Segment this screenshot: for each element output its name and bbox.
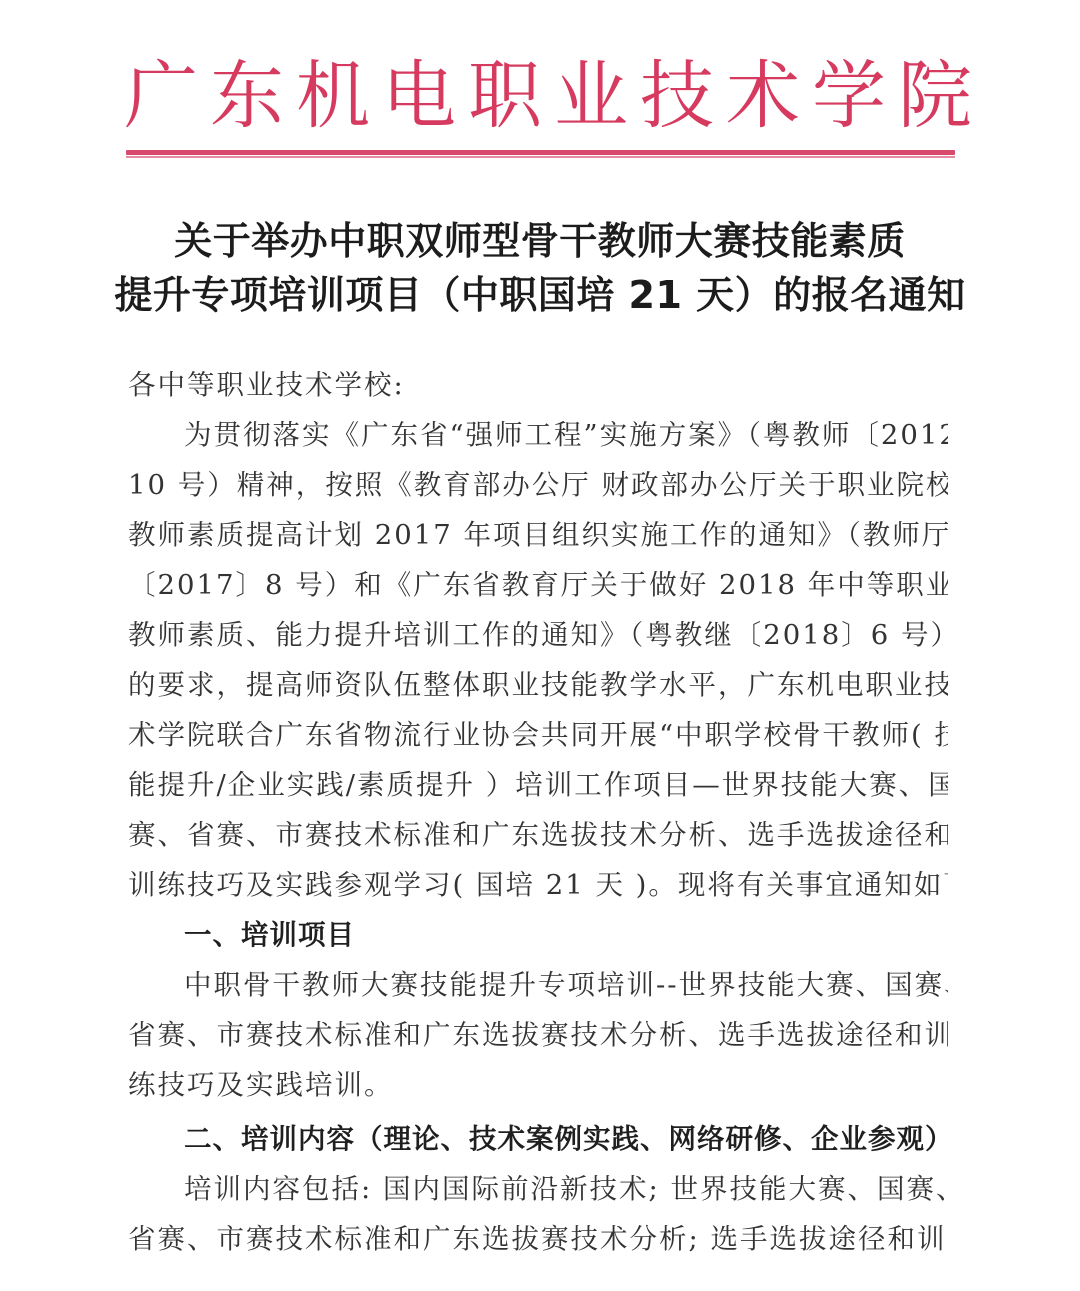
section-paragraph-line: 省赛、市赛技术标准和广东选拔赛技术分析、选手选拔途径和训: [128, 1010, 948, 1060]
letterhead-institution-name: 广东机电职业技术学院: [124, 52, 954, 140]
intro-paragraph-line: 训练技巧及实践参观学习( 国培 21 天 )。现将有关事宜通知如下:: [128, 860, 948, 910]
intro-paragraph-line: 教师素质提高计划 2017 年项目组织实施工作的通知》（教师厅: [128, 510, 948, 560]
intro-paragraph-line: 教师素质、能力提升培训工作的通知》（粤教继〔2018〕6 号）: [128, 610, 948, 660]
intro-paragraph-line: 的要求，提高师资队伍整体职业技能教学水平，广东机电职业技: [128, 660, 948, 710]
section-paragraph-line: 练技巧及实践培训。: [128, 1060, 948, 1110]
section-paragraph-line: 中职骨干教师大赛技能提升专项培训--世界技能大赛、国赛、: [128, 960, 948, 1010]
document-title-line-1: 关于举办中职双师型骨干教师大赛技能素质: [100, 214, 980, 268]
section-paragraph-line: 培训内容包括: 国内国际前沿新技术; 世界技能大赛、国赛、: [128, 1164, 948, 1214]
document-title-line-2: 提升专项培训项目（中职国培 21 天）的报名通知: [100, 268, 980, 322]
section-heading-training-project: 一、培训项目: [128, 910, 948, 960]
intro-paragraph-line: 〔2017〕8 号）和《广东省教育厅关于做好 2018 年中等职业学校: [128, 560, 948, 610]
intro-paragraph-line: 术学院联合广东省物流行业协会共同开展“中职学校骨干教师( 技: [128, 710, 948, 760]
intro-paragraph-line: 赛、省赛、市赛技术标准和广东选拔技术分析、选手选拔途径和: [128, 810, 948, 860]
document-title: 关于举办中职双师型骨干教师大赛技能素质 提升专项培训项目（中职国培 21 天）的…: [100, 214, 980, 322]
intro-paragraph-line: 10 号）精神，按照《教育部办公厅 财政部办公厅关于职业院校: [128, 460, 948, 510]
intro-paragraph-line: 能提升/企业实践/素质提升 ）培训工作项目—世界技能大赛、国: [128, 760, 948, 810]
letterhead-red-rule-thin: [126, 156, 955, 158]
intro-paragraph-line: 为贯彻落实《广东省“强师工程”实施方案》（粤教师〔2012〕: [128, 410, 948, 460]
document-body: 各中等职业技术学校: 为贯彻落实《广东省“强师工程”实施方案》（粤教师〔2012…: [128, 360, 948, 1264]
section-paragraph-line: 省赛、市赛技术标准和广东选拔赛技术分析; 选手选拔途径和训: [128, 1214, 948, 1264]
section-heading-training-content: 二、培训内容（理论、技术案例实践、网络研修、企业参观）: [128, 1114, 948, 1164]
letterhead-red-rule: [126, 150, 955, 155]
salutation: 各中等职业技术学校:: [128, 360, 948, 410]
